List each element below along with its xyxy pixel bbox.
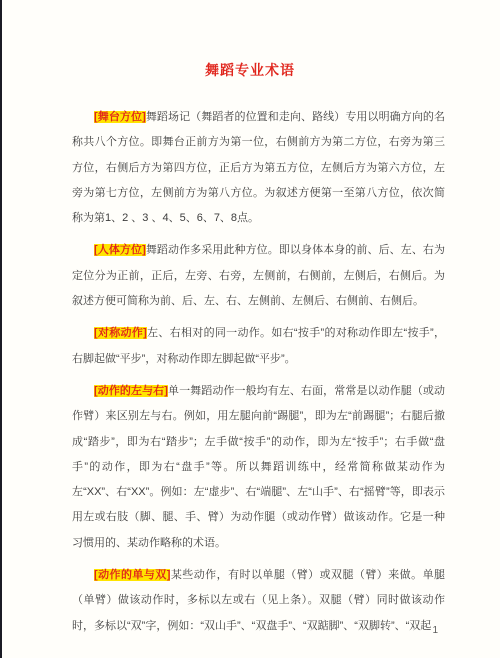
section-tag: [人体方位]	[94, 244, 146, 256]
paragraph-left-right-movement: [动作的左与右]单一舞蹈动作一般均有左、右面，常常是以动作腿（或动作臂）来区别左…	[72, 379, 445, 556]
section-tag: [舞台方位]	[94, 111, 146, 123]
section-tag: [对称动作]	[94, 327, 147, 339]
page-edge-strip	[0, 0, 2, 658]
paragraph-stage-direction: [舞台方位]舞蹈场记（舞蹈者的位置和走向、路线）专用以明确方向的名称共八个方位。…	[72, 105, 445, 231]
paragraph-body-direction: [人体方位]舞蹈动作多采用此种方位。即以身体本身的前、后、左、右为定位分为正前，…	[72, 238, 445, 314]
paragraph-text: 舞蹈场记（舞蹈者的位置和走向、路线）专用以明确方向的名称共八个方位。即舞台正前方…	[72, 111, 445, 224]
paragraph-single-double-movement: [动作的单与双]某些动作，有时以单腿（臂）或双腿（臂）来做。单腿（单臂）做该动作…	[72, 563, 445, 639]
section-tag: [动作的单与双]	[94, 569, 170, 581]
section-tag: [动作的左与右]	[94, 385, 168, 397]
paragraph-text: 单一舞蹈动作一般均有左、右面，常常是以动作腿（或动作臂）来区别左与右。例如，用左…	[72, 385, 445, 549]
document-page: 舞蹈专业术语 [舞台方位]舞蹈场记（舞蹈者的位置和走向、路线）专用以明确方向的名…	[0, 0, 500, 658]
document-title: 舞蹈专业术语	[0, 60, 500, 80]
paragraph-symmetric-movement: [对称动作]左、右相对的同一动作。如右“按手”的对称动作即左“按手”，右脚起做“…	[72, 321, 445, 372]
document-body: [舞台方位]舞蹈场记（舞蹈者的位置和走向、路线）专用以明确方向的名称共八个方位。…	[72, 105, 445, 646]
page-number: 1	[432, 625, 438, 636]
